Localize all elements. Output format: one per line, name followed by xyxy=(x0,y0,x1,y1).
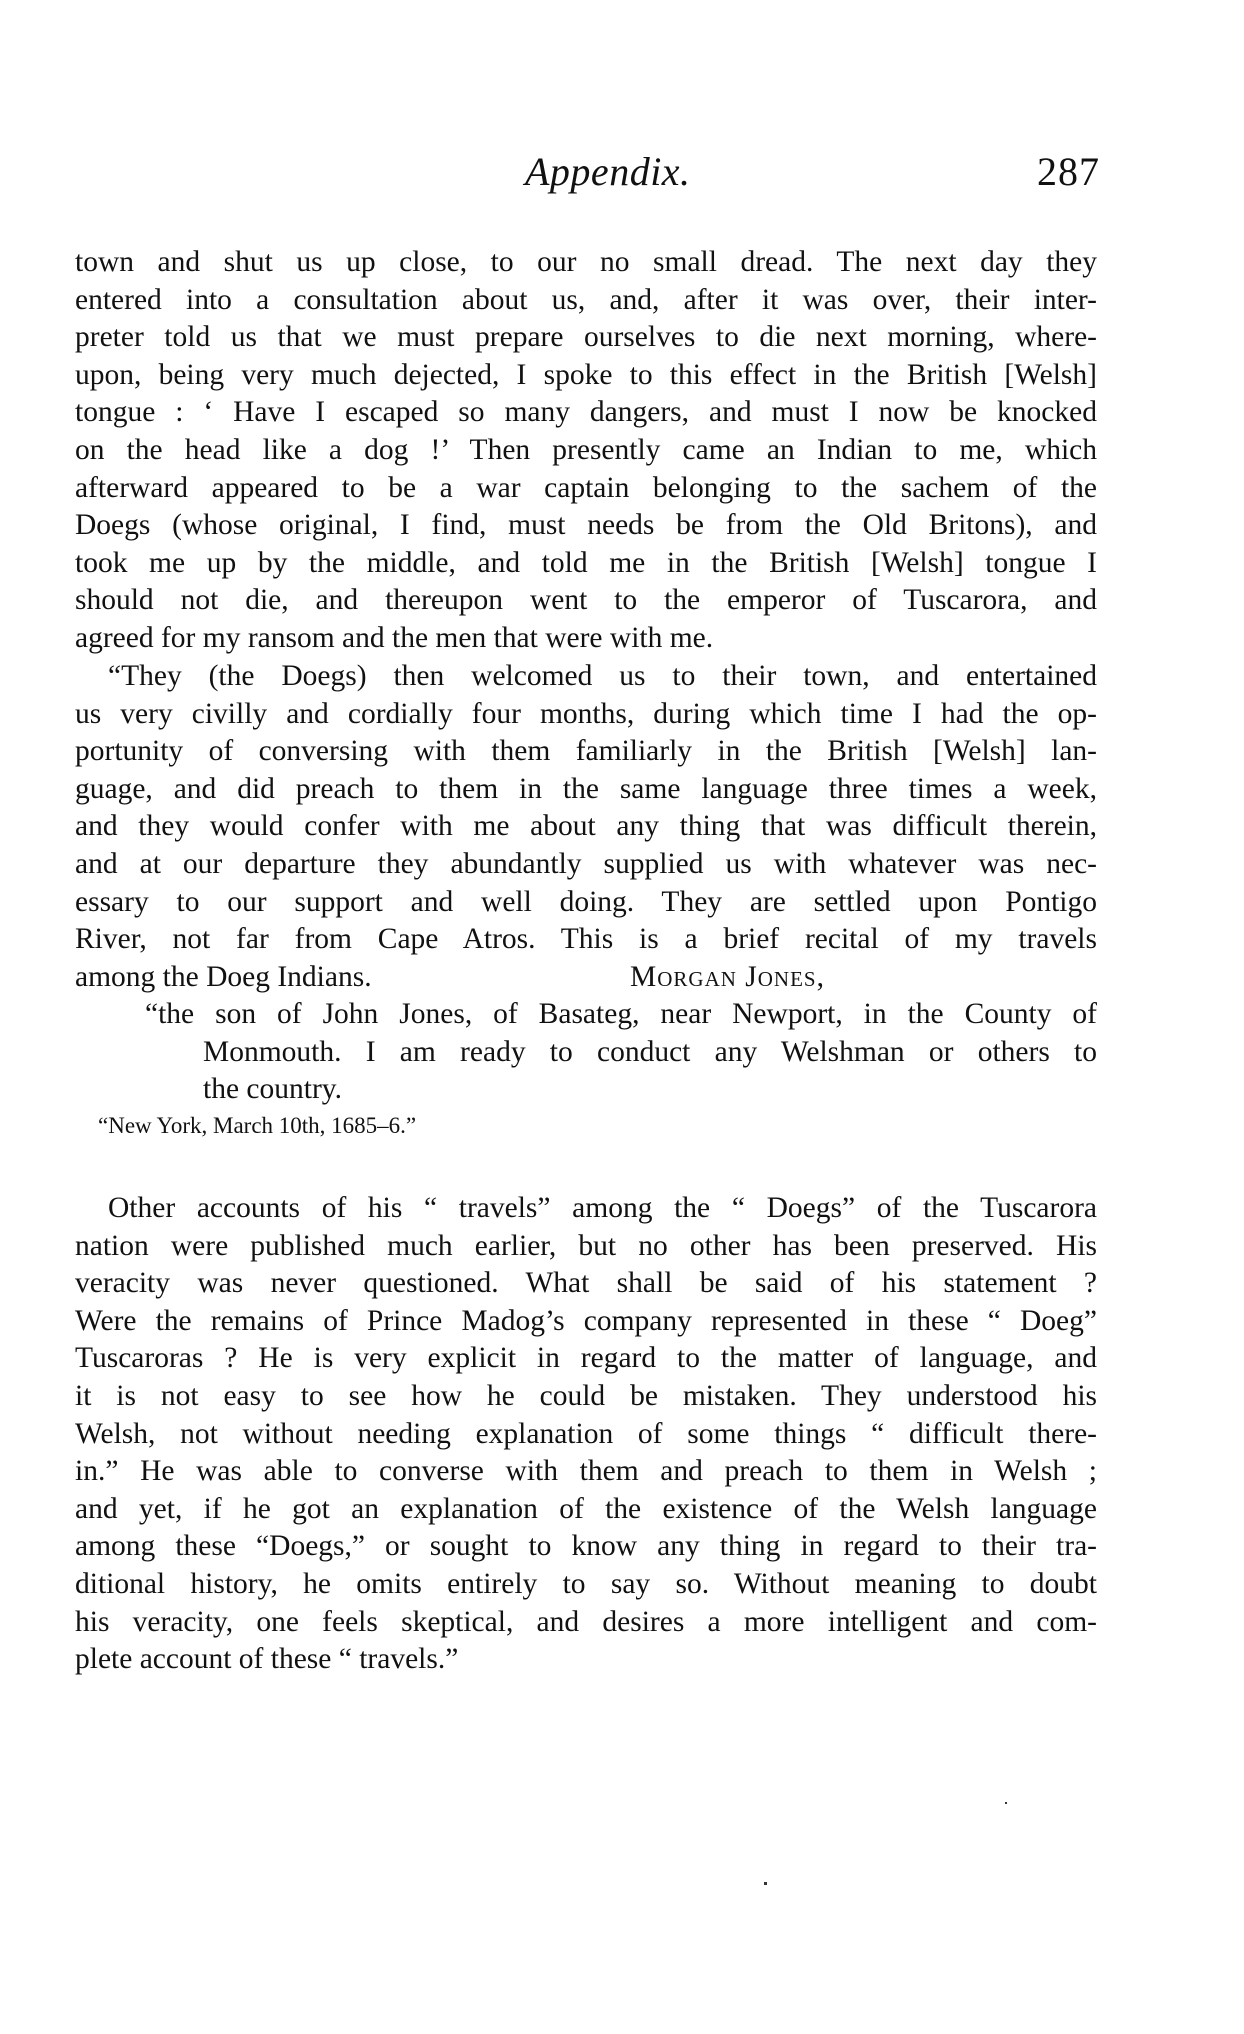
text-line: among these “Doegs,” or sought to know a… xyxy=(75,1528,1097,1566)
paragraph-3: Other accounts of his “ travels” among t… xyxy=(75,1190,1097,1679)
text-line: upon, being very much dejected, I spoke … xyxy=(75,357,1097,395)
page-number: 287 xyxy=(1037,148,1100,195)
text-line: in.” He was able to converse with them a… xyxy=(75,1453,1097,1491)
running-head: Appendix. 287 xyxy=(75,148,1100,208)
signature: Morgan Jones, xyxy=(630,959,825,997)
text-line: and at our departure they abundantly sup… xyxy=(75,846,1097,884)
text-line: essary to our support and well doing. Th… xyxy=(75,884,1097,922)
text-line: Welsh, not without needing explanation o… xyxy=(75,1416,1097,1454)
text-line: preter told us that we must prepare ours… xyxy=(75,319,1097,357)
text-line: Monmouth. I am ready to conduct any Wels… xyxy=(75,1034,1097,1072)
text-fragment: among the Doeg Indians. xyxy=(75,961,372,993)
dateline: “New York, March 10th, 1685–6.” xyxy=(75,1109,1097,1143)
text-line: River, not far from Cape Atros. This is … xyxy=(75,921,1097,959)
text-line: agreed for my ransom and the men that we… xyxy=(75,620,1097,658)
text-line: plete account of these “ travels.” xyxy=(75,1641,1097,1679)
text-line-with-signature: among the Doeg Indians. Morgan Jones, xyxy=(75,959,1097,997)
text-line: portunity of conversing with them famili… xyxy=(75,733,1097,771)
text-line: “They (the Doegs) then welcomed us to th… xyxy=(75,658,1097,696)
text-line: his veracity, one feels skeptical, and d… xyxy=(75,1604,1097,1642)
text-line: Doegs (whose original, I find, must need… xyxy=(75,507,1097,545)
text-line: guage, and did preach to them in the sam… xyxy=(75,771,1097,809)
text-line: tongue : ‘ Have I escaped so many danger… xyxy=(75,394,1097,432)
text-line: veracity was never questioned. What shal… xyxy=(75,1265,1097,1303)
text-line: Other accounts of his “ travels” among t… xyxy=(75,1190,1097,1228)
text-line: entered into a consultation about us, an… xyxy=(75,282,1097,320)
text-line: ditional history, he omits entirely to s… xyxy=(75,1566,1097,1604)
paragraph-2: “They (the Doegs) then welcomed us to th… xyxy=(75,658,1097,996)
text-line: the country. xyxy=(75,1071,1097,1109)
text-line: took me up by the middle, and told me in… xyxy=(75,545,1097,583)
text-line: on the head like a dog !’ Then presently… xyxy=(75,432,1097,470)
text-line: it is not easy to see how he could be mi… xyxy=(75,1378,1097,1416)
text-line: nation were published much earlier, but … xyxy=(75,1228,1097,1266)
text-line: Were the remains of Prince Madog’s compa… xyxy=(75,1303,1097,1341)
text-line: should not die, and thereupon went to th… xyxy=(75,582,1097,620)
book-page: Appendix. 287 town and shut us up close,… xyxy=(0,0,1244,2034)
scan-speck xyxy=(764,1882,767,1885)
text-line: us very civilly and cordially four month… xyxy=(75,696,1097,734)
text-line: and they would confer with me about any … xyxy=(75,808,1097,846)
signature-note: “the son of John Jones, of Basateg, near… xyxy=(75,996,1097,1143)
text-line: afterward appeared to be a war captain b… xyxy=(75,470,1097,508)
paragraph-1: town and shut us up close, to our no sma… xyxy=(75,244,1097,658)
text-line: Tuscaroras ? He is very explicit in rega… xyxy=(75,1340,1097,1378)
scan-speck xyxy=(1005,1802,1007,1804)
text-line: “the son of John Jones, of Basateg, near… xyxy=(75,996,1097,1034)
text-line: town and shut us up close, to our no sma… xyxy=(75,244,1097,282)
text-line: and yet, if he got an explanation of the… xyxy=(75,1491,1097,1529)
running-title: Appendix. xyxy=(525,148,691,195)
